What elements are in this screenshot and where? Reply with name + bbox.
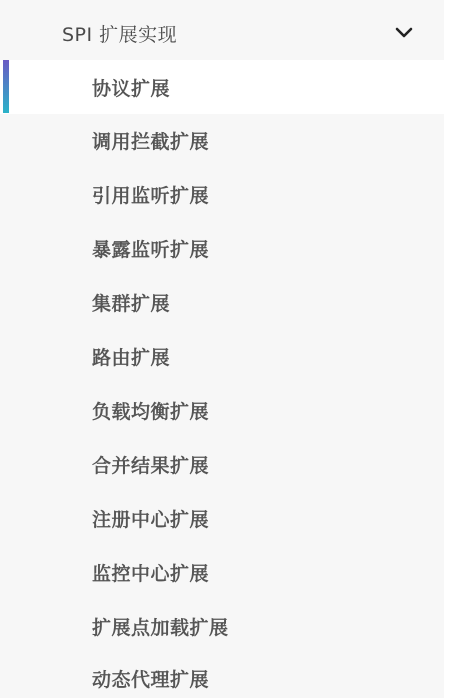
sidebar-item-label: 暴露监听扩展 bbox=[92, 235, 209, 262]
sidebar-item-label: 扩展点加载扩展 bbox=[92, 613, 229, 640]
sidebar-item-cluster[interactable]: 集群扩展 bbox=[0, 275, 444, 329]
sidebar-item-router[interactable]: 路由扩展 bbox=[0, 329, 444, 383]
sidebar-item-extension-factory[interactable]: 扩展点加载扩展 bbox=[0, 599, 444, 653]
sidebar-item-label: 路由扩展 bbox=[92, 343, 170, 370]
sidebar-item-label: 集群扩展 bbox=[92, 289, 170, 316]
sidebar-item-label: 注册中心扩展 bbox=[92, 505, 209, 532]
sidebar-item-merger[interactable]: 合并结果扩展 bbox=[0, 437, 444, 491]
sidebar-item-registry[interactable]: 注册中心扩展 bbox=[0, 491, 444, 545]
sidebar-item-label: 协议扩展 bbox=[92, 74, 170, 101]
sidebar-item-protocol[interactable]: 协议扩展 bbox=[0, 60, 444, 114]
sidebar-item-label: 合并结果扩展 bbox=[92, 451, 209, 478]
active-indicator bbox=[3, 60, 9, 113]
group-title: SPI 扩展实现 bbox=[62, 20, 177, 47]
sidebar-item-exporter-listener[interactable]: 暴露监听扩展 bbox=[0, 221, 444, 275]
sidebar-item-label: 调用拦截扩展 bbox=[92, 127, 209, 154]
sidebar-item-monitor[interactable]: 监控中心扩展 bbox=[0, 545, 444, 599]
group-header-spi[interactable]: SPI 扩展实现 bbox=[0, 6, 444, 60]
sidebar-item-label: 引用监听扩展 bbox=[92, 181, 209, 208]
sidebar-item-label: 监控中心扩展 bbox=[92, 559, 209, 586]
sidebar-item-label: 动态代理扩展 bbox=[92, 665, 209, 692]
sidebar-item-load-balance[interactable]: 负载均衡扩展 bbox=[0, 383, 444, 437]
sidebar-item-filter[interactable]: 调用拦截扩展 bbox=[0, 113, 444, 167]
sidebar-item-invoker-listener[interactable]: 引用监听扩展 bbox=[0, 167, 444, 221]
sidebar-nav: SPI 扩展实现 协议扩展 调用拦截扩展 引用监听扩展 暴露监听扩展 集群扩展 … bbox=[0, 0, 444, 698]
sidebar-item-label: 负载均衡扩展 bbox=[92, 397, 209, 424]
sidebar-item-proxy-factory[interactable]: 动态代理扩展 bbox=[0, 651, 444, 698]
chevron-down-icon[interactable] bbox=[395, 26, 413, 40]
